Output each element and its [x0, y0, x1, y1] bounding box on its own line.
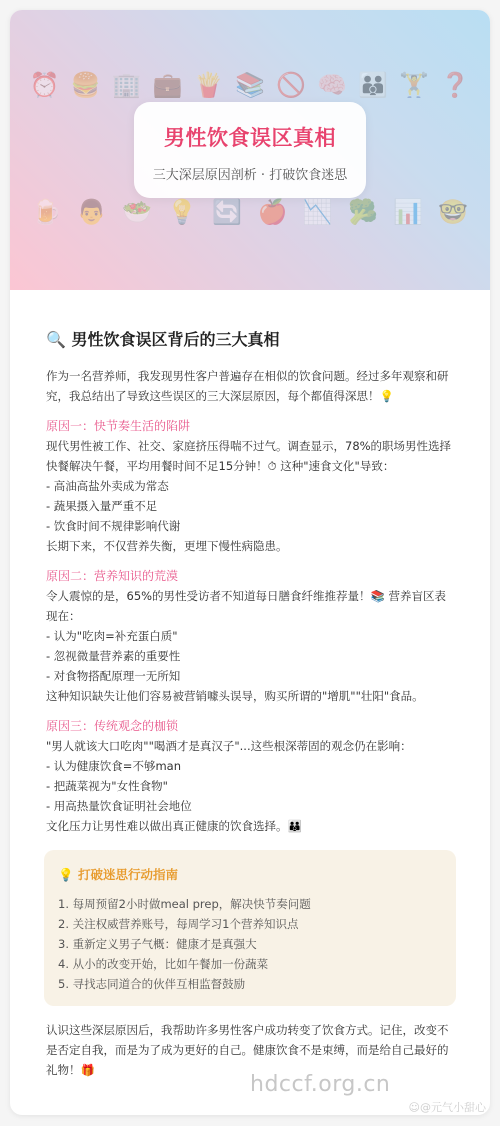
hero-title-box: 男性饮食误区真相 三大深层原因剖析 · 打破饮食迷思: [134, 102, 366, 198]
magnifier-icon: 🔍: [46, 330, 66, 349]
reason-conclusion: 这种知识缺失让他们容易被营销噱头误导，购买所谓的"增肌""壮阳"食品。: [46, 686, 454, 706]
site-watermark: hdccf.org.cn: [250, 1072, 390, 1097]
nerd-face-icon: 🤓: [437, 197, 469, 227]
reason-bullet: - 把蔬菜视为"女性食物": [46, 776, 454, 796]
broccoli-icon: 🥦: [347, 197, 379, 227]
page-subtitle: 三大深层原因剖析 · 打破饮食迷思: [134, 164, 366, 183]
reason-bullet: - 认为健康饮食=不够man: [46, 756, 454, 776]
reason-conclusion: 长期下来，不仅营养失衡，更埋下慢性病隐患。: [46, 536, 454, 556]
apple-icon: 🍎: [257, 197, 289, 227]
refresh-icon: 🔄: [211, 197, 243, 227]
action-guide-title-text: 打破迷思行动指南: [78, 867, 178, 882]
reason-bullet: - 忽视微量营养素的重要性: [46, 646, 454, 666]
burger-icon: 🍔: [70, 70, 102, 100]
section-heading-text: 男性饮食误区背后的三大真相: [72, 330, 280, 349]
reason-bullet: - 蔬果摄入量严重不足: [46, 496, 454, 516]
books-icon: 📚: [234, 70, 266, 100]
outro-paragraph: 认识这些深层原因后，我帮助许多男性客户成功转变了饮食方式。记住，改变不是否定自我…: [46, 1020, 454, 1080]
list-item: 4. 从小的改变开始，比如午餐加一份蔬菜: [58, 954, 442, 974]
action-guide-title: 💡 打破迷思行动指南: [58, 864, 442, 886]
prohibited-icon: 🚫: [275, 70, 307, 100]
reason-body: 现代男性被工作、社交、家庭挤压得喘不过气。调查显示，78%的职场男性选择快餐解决…: [46, 436, 454, 476]
reason-1: 原因一：快节奏生活的陷阱 现代男性被工作、社交、家庭挤压得喘不过气。调查显示，7…: [46, 416, 454, 556]
chart-down-icon: 📉: [302, 197, 334, 227]
list-item: 1. 每周预留2小时做meal prep，解决快节奏问题: [58, 894, 442, 914]
reason-title: 原因一：快节奏生活的陷阱: [46, 416, 454, 436]
reason-2: 原因二：营养知识的荒漠 令人震惊的是，65%的男性受访者不知道每日膳食纤维推荐量…: [46, 566, 454, 706]
section-heading: 🔍 男性饮食误区背后的三大真相: [46, 328, 454, 352]
list-item: 2. 关注权威营养账号，每周学习1个营养知识点: [58, 914, 442, 934]
bar-chart-icon: 📊: [392, 197, 424, 227]
list-item: 5. 寻找志同道合的伙伴互相监督鼓励: [58, 974, 442, 994]
reason-bullet: - 认为"吃肉=补充蛋白质": [46, 626, 454, 646]
action-guide-list: 1. 每周预留2小时做meal prep，解决快节奏问题 2. 关注权威营养账号…: [58, 894, 442, 994]
reason-body: 令人震惊的是，65%的男性受访者不知道每日膳食纤维推荐量！📚 营养盲区表现在：: [46, 586, 454, 626]
beer-icon: 🍺: [31, 197, 63, 227]
briefcase-icon: 💼: [152, 70, 184, 100]
lightbulb-icon: 💡: [58, 867, 74, 882]
emoji-row-top: ⏰ 🍔 🏢 💼 🍟 📚 🚫 🧠 👪 🏋 ❓: [10, 70, 490, 100]
list-item: 3. 重新定义男子气概：健康才是真强大: [58, 934, 442, 954]
office-building-icon: 🏢: [111, 70, 143, 100]
salad-icon: 🥗: [121, 197, 153, 227]
weightlifter-icon: 🏋: [398, 70, 430, 100]
author-watermark: ☺@元气小甜心: [409, 1099, 486, 1115]
family-icon: 👪: [357, 70, 389, 100]
reason-3: 原因三：传统观念的枷锁 "男人就该大口吃肉""喝酒才是真汉子"...这些根深蒂固…: [46, 716, 454, 836]
man-face-icon: 👨: [76, 197, 108, 227]
hero-banner: ⏰ 🍔 🏢 💼 🍟 📚 🚫 🧠 👪 🏋 ❓ 男性饮食误区真相 三大深层原因剖析 …: [10, 10, 490, 290]
reason-body: "男人就该大口吃肉""喝酒才是真汉子"...这些根深蒂固的观念仍在影响：: [46, 736, 454, 756]
alarm-clock-icon: ⏰: [29, 70, 61, 100]
emoji-row-bottom: 🍺 👨 🥗 💡 🔄 🍎 📉 🥦 📊 🤓: [10, 197, 490, 227]
reason-title: 原因三：传统观念的枷锁: [46, 716, 454, 736]
reason-conclusion: 文化压力让男性难以做出真正健康的饮食选择。👪: [46, 816, 454, 836]
reason-bullet: - 高油高盐外卖成为常态: [46, 476, 454, 496]
action-guide-box: 💡 打破迷思行动指南 1. 每周预留2小时做meal prep，解决快节奏问题 …: [44, 850, 456, 1006]
fries-icon: 🍟: [193, 70, 225, 100]
lightbulb-icon: 💡: [166, 197, 198, 227]
article-card: ⏰ 🍔 🏢 💼 🍟 📚 🚫 🧠 👪 🏋 ❓ 男性饮食误区真相 三大深层原因剖析 …: [10, 10, 490, 1115]
brain-icon: 🧠: [316, 70, 348, 100]
intro-paragraph: 作为一名营养师，我发现男性客户普遍存在相似的饮食问题。经过多年观察和研究，我总结…: [46, 366, 454, 406]
reason-bullet: - 饮食时间不规律影响代谢: [46, 516, 454, 536]
question-icon: ❓: [439, 70, 471, 100]
article-body: 🔍 男性饮食误区背后的三大真相 作为一名营养师，我发现男性客户普遍存在相似的饮食…: [10, 328, 490, 1080]
reason-bullet: - 用高热量饮食证明社会地位: [46, 796, 454, 816]
reason-bullet: - 对食物搭配原理一无所知: [46, 666, 454, 686]
page-title: 男性饮食误区真相: [134, 122, 366, 152]
reason-title: 原因二：营养知识的荒漠: [46, 566, 454, 586]
